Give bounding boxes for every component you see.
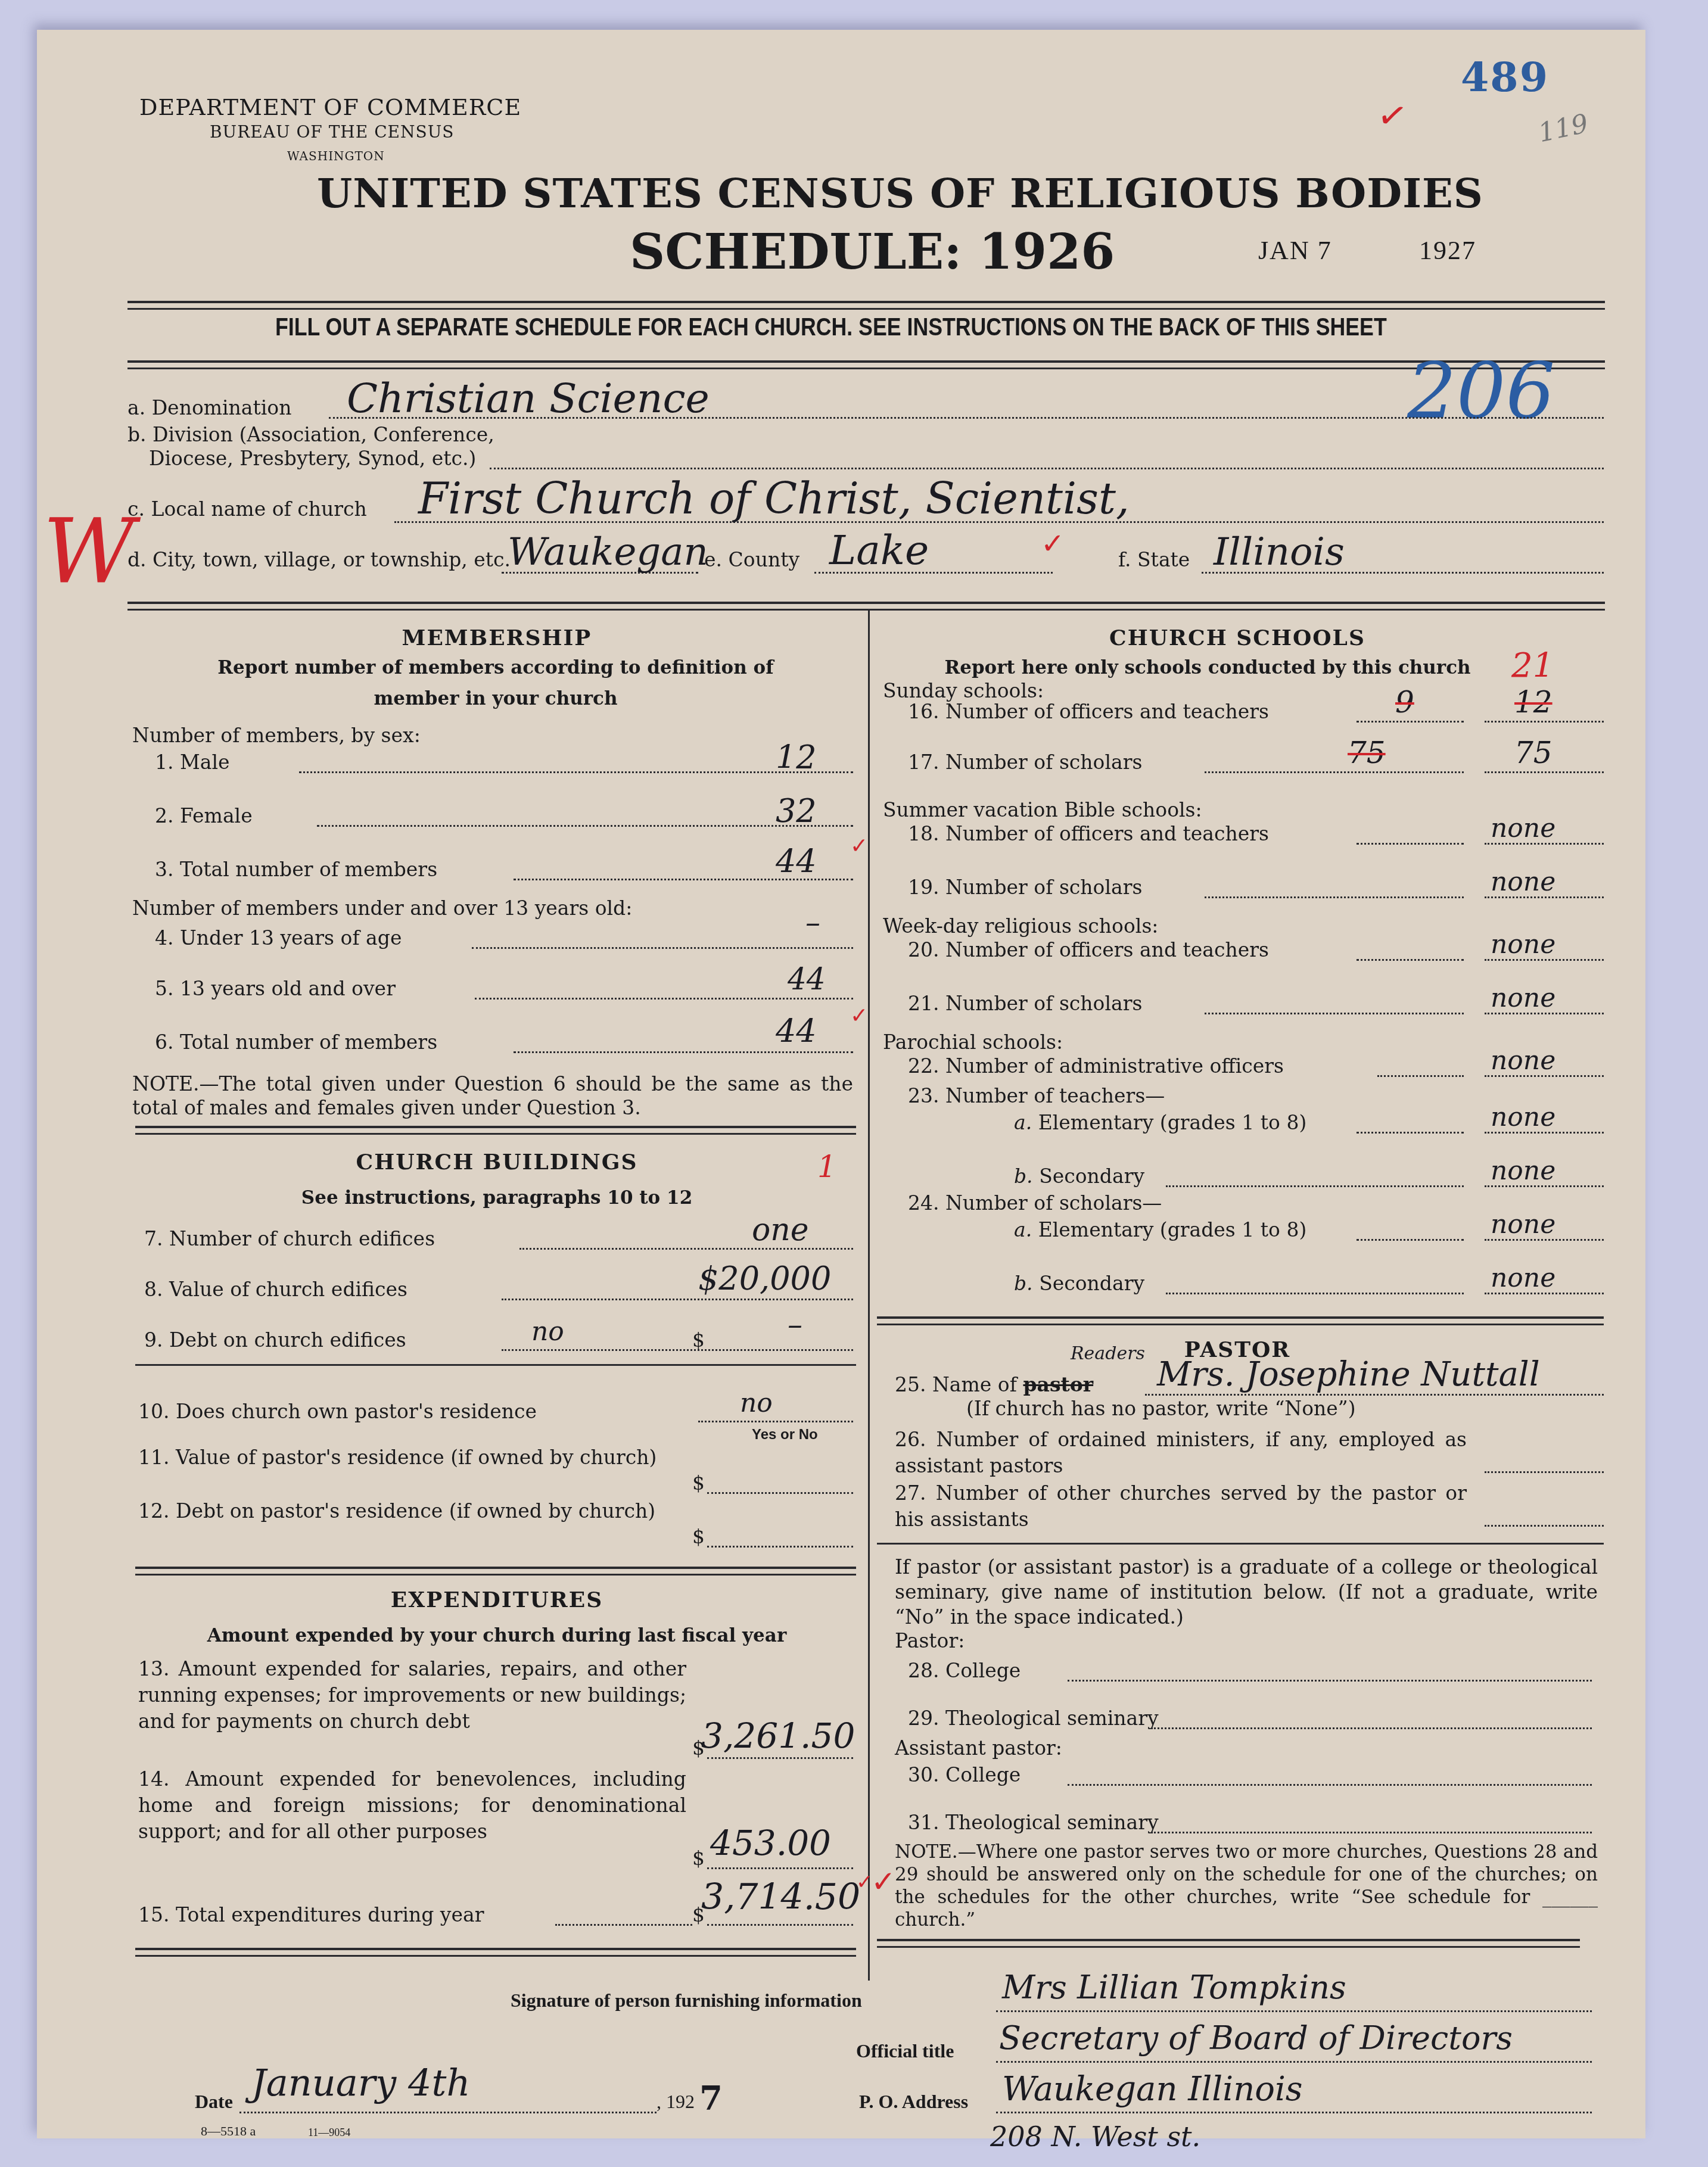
struck-pastor-word: pastor	[1023, 1373, 1093, 1396]
local-name-field[interactable]: First Church of Christ, Scientist,	[418, 474, 1130, 524]
assistant-college-field[interactable]	[1068, 1784, 1592, 1786]
fill-out-instruction: FILL OUT A SEPARATE SCHEDULE FOR EACH CH…	[275, 313, 1389, 341]
sunday-officers-field[interactable]: 12	[1514, 685, 1553, 720]
summer-officers-field[interactable]: none	[1491, 813, 1555, 843]
census-schedule-paper: 489 119 ✓ DEPARTMENT OF COMMERCE BUREAU …	[37, 30, 1645, 2138]
identification-divider	[127, 602, 1605, 604]
summer-scholars-label: Number of scholars	[945, 876, 1142, 899]
county-field[interactable]: Lake	[829, 527, 929, 574]
expenditures-subheading: Amount expended by your church during la…	[127, 1620, 866, 1651]
no-pastor-hint: (If church has no pastor, write “None”)	[966, 1397, 1356, 1420]
church-buildings-heading: CHURCH BUILDINGS	[127, 1150, 866, 1175]
pencil-number: 119	[1536, 108, 1591, 148]
inserted-readers-word: Readers	[1071, 1343, 1145, 1364]
male-count-field[interactable]: 12	[776, 739, 817, 776]
denomination-field[interactable]: Christian Science	[347, 375, 710, 422]
po-address-label: P. O. Address	[859, 2091, 968, 2113]
pastor-college-field[interactable]	[1068, 1680, 1592, 1682]
female-label: Female	[180, 804, 253, 827]
official-title-field[interactable]: Secretary of Board of Directors	[999, 2019, 1513, 2057]
edifices-debt-field[interactable]: no	[531, 1316, 564, 1347]
sunday-scholars-struck: 75	[1348, 736, 1386, 770]
sunday-scholars-field[interactable]: 75	[1514, 736, 1553, 770]
weekday-officers-label: Number of officers and teachers	[945, 938, 1269, 961]
residence-debt-field[interactable]	[707, 1546, 853, 1548]
summer-scholars-field[interactable]: none	[1491, 867, 1555, 897]
other-churches-label: 27. Number of other churches served by t…	[895, 1480, 1467, 1533]
edifices-count-field[interactable]: one	[752, 1212, 809, 1248]
pastor-seminary-field[interactable]	[1151, 1727, 1592, 1729]
edifices-count-label: Number of church edifices	[169, 1227, 435, 1250]
summer-officers-label: Number of officers and teachers	[945, 822, 1269, 845]
total-members-field[interactable]: 44	[776, 843, 817, 880]
bureau-name: BUREAU OF THE CENSUS	[210, 122, 454, 142]
male-label: Male	[180, 751, 230, 774]
members-by-sex-label: Number of members, by sex:	[132, 724, 421, 747]
pastor-subheading: Pastor:	[895, 1629, 965, 1652]
parochial-admin-label: Number of administrative officers	[945, 1054, 1284, 1078]
division-label-2: Diocese, Presbytery, Synod, etc.)	[149, 447, 476, 470]
parochial-scholars-label: Number of scholars—	[945, 1191, 1162, 1215]
parochial-teachers-label: Number of teachers—	[945, 1084, 1165, 1107]
assistant-ministers-label: 26. Number of ordained ministers, if any…	[895, 1427, 1467, 1479]
pastor-college-label: 28. College	[908, 1659, 1021, 1682]
weekday-scholars-label: Number of scholars	[945, 992, 1142, 1015]
red-total-mark: 21	[1511, 646, 1554, 685]
red-check-icon: ✓	[850, 1004, 868, 1028]
official-title-label: Official title	[856, 2040, 954, 2062]
edifices-value-label: Value of church edifices	[169, 1278, 407, 1301]
state-field[interactable]: Illinois	[1214, 530, 1345, 574]
pastor-name-field[interactable]: Mrs. Josephine Nuttall	[1157, 1355, 1540, 1394]
schedule-title: SCHEDULE: 1926	[630, 223, 1115, 281]
date-field[interactable]: January 4th	[251, 2061, 470, 2104]
parochial-admin-field[interactable]: none	[1491, 1045, 1555, 1076]
city-label: d. City, town, village, or township, etc…	[127, 548, 511, 571]
weekday-schools-label: Week-day religious schools:	[883, 914, 1158, 938]
division-field[interactable]	[490, 468, 1604, 469]
members-by-age-label: Number of members under and over 13 year…	[132, 896, 632, 920]
total-expenditures-field[interactable]: 3,714.50	[701, 1876, 860, 1918]
division-label-1: b. Division (Association, Conference,	[127, 423, 494, 446]
red-margin-mark: W	[43, 500, 135, 604]
teachers-secondary-label: Secondary	[1039, 1165, 1144, 1188]
running-expenses-field[interactable]: 3,261.50	[701, 1715, 855, 1756]
total-members-label: Total number of members	[180, 858, 437, 881]
assistant-pastor-subheading: Assistant pastor:	[895, 1736, 1062, 1760]
assistant-seminary-label: 31. Theological seminary	[908, 1811, 1159, 1834]
red-count-mark: 1	[817, 1150, 836, 1184]
date-year-digit[interactable]: 7	[699, 2079, 723, 2118]
form-code-2: 11—9054	[308, 2126, 350, 2139]
residence-debt-label: Debt on pastor's residence (if owned by …	[176, 1499, 655, 1522]
sunday-officers-struck: 9	[1395, 685, 1414, 720]
female-count-field[interactable]: 32	[776, 792, 817, 830]
weekday-scholars-field[interactable]: none	[1491, 983, 1555, 1013]
under-13-field[interactable]: –	[805, 905, 820, 940]
received-year-stamp: 1927	[1419, 235, 1476, 266]
summer-schools-label: Summer vacation Bible schools:	[883, 798, 1202, 821]
other-churches-field[interactable]	[1485, 1525, 1604, 1527]
total-expenditures-label: Total expenditures during year	[176, 1903, 484, 1926]
department-name: DEPARTMENT OF COMMERCE	[139, 94, 521, 120]
assistant-college-label: 30. College	[908, 1763, 1021, 1786]
date-year-prefix: , 192	[657, 2091, 695, 2113]
city-field[interactable]: Waukegan	[508, 530, 708, 574]
benevolences-field[interactable]: 453.00	[710, 1823, 831, 1863]
date-label: Date	[195, 2091, 233, 2113]
city-name: WASHINGTON	[287, 149, 385, 163]
pastor-name-label: 25. Name of	[895, 1373, 1017, 1396]
sunday-schools-label: Sunday schools:	[883, 679, 1044, 702]
edifices-value-field[interactable]: $20,000	[698, 1260, 831, 1297]
under-13-label: Under 13 years of age	[180, 926, 402, 949]
red-check-icon: ✓	[850, 834, 868, 858]
form-code-1: 8—5518 a	[201, 2124, 256, 2139]
red-check-icon: ✓	[1041, 527, 1065, 561]
edifices-debt-amount[interactable]: –	[788, 1307, 802, 1342]
residence-value-field[interactable]	[707, 1492, 853, 1494]
over-13-label: 13 years old and over	[180, 977, 396, 1000]
residence-value-label: Value of pastor's residence (if owned by…	[176, 1446, 657, 1469]
over-13-field[interactable]: 44	[788, 962, 826, 997]
street-address: 208 N. West st.	[990, 2121, 1200, 2153]
graduate-instruction: If pastor (or assistant pastor) is a gra…	[895, 1555, 1598, 1630]
assistant-ministers-field[interactable]	[1485, 1471, 1604, 1473]
teachers-secondary-field[interactable]: none	[1491, 1156, 1555, 1186]
file-number-stamp: 489	[1461, 54, 1549, 101]
membership-note: NOTE.—The total given under Question 6 s…	[132, 1072, 853, 1120]
assistant-seminary-field[interactable]	[1151, 1832, 1592, 1833]
scholars-secondary-label: Secondary	[1039, 1272, 1144, 1295]
running-expenses-label: Amount expended for salaries, repairs, a…	[138, 1657, 686, 1733]
received-date-stamp: JAN 7	[1258, 235, 1332, 266]
church-buildings-subheading: See instructions, paragraphs 10 to 12	[127, 1182, 866, 1213]
membership-subheading: Report number of members according to de…	[192, 652, 799, 714]
benevolences-label: Amount expended for benevolences, includ…	[138, 1767, 686, 1843]
sunday-scholars-label: Number of scholars	[945, 751, 1142, 774]
red-check-icon: ✓	[1374, 93, 1411, 139]
yes-or-no-hint: Yes or No	[752, 1427, 818, 1443]
edifices-debt-label: Debt on church edifices	[169, 1328, 406, 1352]
header-divider	[127, 301, 1605, 303]
blue-code-mark: 206	[1407, 345, 1555, 436]
scholars-secondary-field[interactable]: none	[1491, 1263, 1555, 1293]
owns-residence-label: Does church own pastor's residence	[176, 1400, 537, 1423]
owns-residence-field[interactable]: no	[740, 1388, 773, 1418]
form-title: UNITED STATES CENSUS OF RELIGIOUS BODIES	[317, 170, 1483, 217]
signature-label: Signature of person furnishing informati…	[511, 1989, 862, 2012]
total-members-2-label: Total number of members	[180, 1030, 437, 1054]
membership-heading: MEMBERSHIP	[127, 625, 866, 650]
total-members-2-field[interactable]: 44	[776, 1013, 817, 1050]
signature-field[interactable]: Mrs Lillian Tompkins	[1002, 1969, 1346, 2006]
teachers-elementary-label: Elementary (grades 1 to 8)	[1038, 1111, 1307, 1134]
scholars-elementary-label: Elementary (grades 1 to 8)	[1038, 1218, 1307, 1241]
scholars-elementary-field[interactable]: none	[1491, 1209, 1555, 1240]
po-address-field[interactable]: Waukegan Illinois	[1002, 2070, 1303, 2109]
weekday-officers-field[interactable]: none	[1491, 929, 1555, 960]
county-label: e. County	[704, 548, 799, 571]
teachers-elementary-field[interactable]: none	[1491, 1102, 1555, 1132]
red-check-icon: ✓	[871, 1864, 896, 1899]
pastor-note: NOTE.—Where one pastor serves two or mor…	[895, 1841, 1598, 1931]
state-label: f. State	[1118, 548, 1190, 571]
parochial-schools-label: Parochial schools:	[883, 1030, 1063, 1054]
denomination-label: a. Denomination	[127, 396, 291, 419]
church-schools-heading: CHURCH SCHOOLS	[871, 625, 1604, 650]
pastor-seminary-label: 29. Theological seminary	[908, 1707, 1159, 1730]
column-divider	[868, 611, 870, 1981]
instruction-divider	[127, 360, 1605, 363]
local-name-label: c. Local name of church	[127, 497, 367, 521]
sunday-officers-label: Number of officers and teachers	[945, 700, 1269, 723]
expenditures-heading: EXPENDITURES	[127, 1587, 866, 1612]
